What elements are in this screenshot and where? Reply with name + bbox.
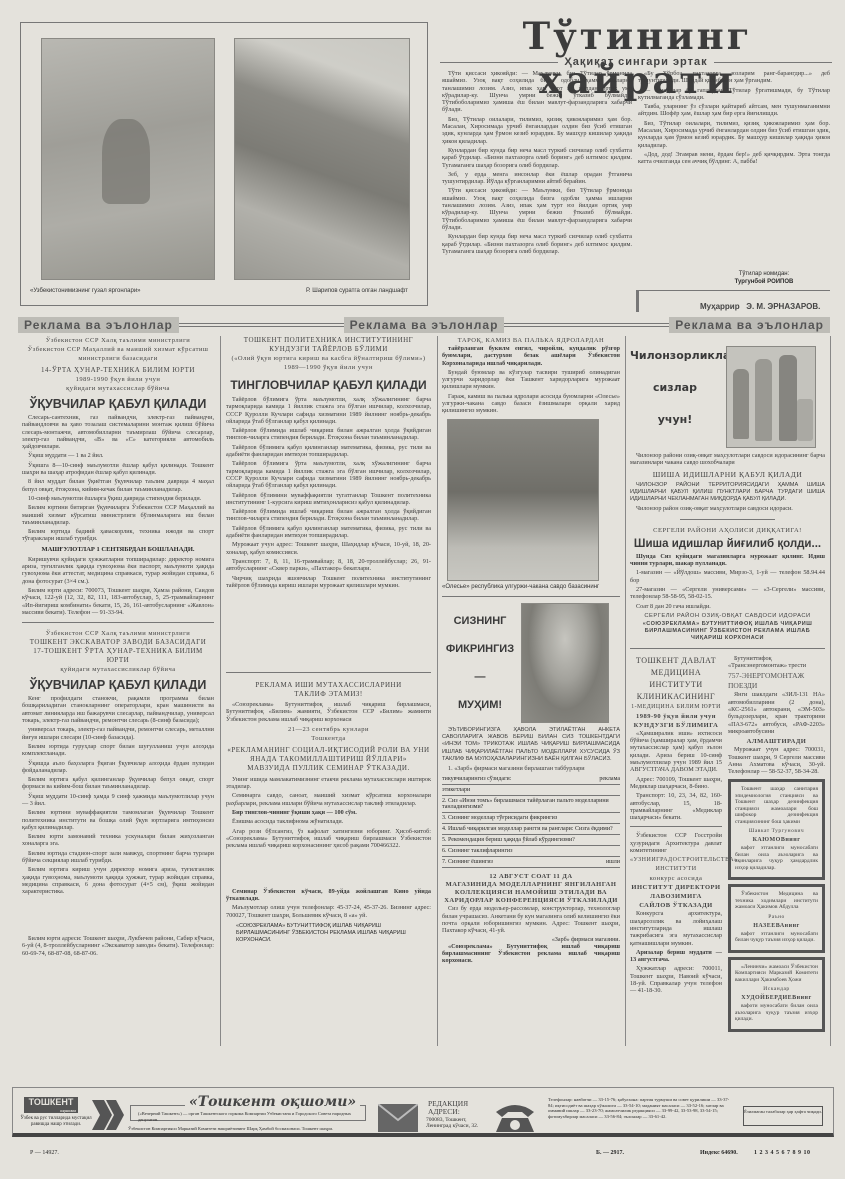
editor-name: Э. М. ЭРНАЗАРОВ. xyxy=(746,302,820,311)
ad-paragraph: Киришувчи қуйидаги ҳужжатларни топширади… xyxy=(22,556,214,585)
index-number: Индекс 64690. xyxy=(700,1150,738,1156)
paper-title: «Тошкент оқшоми» xyxy=(185,1094,360,1110)
ad-paragraph: Тайёрлов бўлимига ўрта маълумотли, халқ … xyxy=(226,396,431,425)
ad-paragraph: Мурожаат учун адрес: Тошкент шаҳри, Шаҳи… xyxy=(226,541,431,556)
condolence-person: Шавкат Тургунович xyxy=(735,827,818,836)
ad-paragraph: Билим юртини муваффақиятли тамомлаган ўқ… xyxy=(22,809,214,831)
dept-name: КУНДУЗГИ ТАЙЁРЛОВ БЎЛИМИ xyxy=(226,345,431,354)
signoff-label: Тўтилар номидан: xyxy=(700,270,828,278)
column-divider xyxy=(437,336,438,1046)
survey-row[interactable]: 4. Ишлаб чиқарилган моделлар рангги ва р… xyxy=(442,824,620,835)
condolence-box: Ўзбекистон Медицина ва техника ходимлари… xyxy=(728,884,825,953)
feature-paragraph: Зеб, у ерда менга инсонлар ёки ёшлар ора… xyxy=(442,171,632,186)
condolence-box: Тошкент шаҳар санитария эпидемиология ст… xyxy=(728,779,825,880)
ad-paragraph: Билим юртида стадион-спорт зали мавжуд, … xyxy=(22,850,214,865)
column-divider xyxy=(220,336,221,1046)
section-label-right: Реклама ва эълонлар xyxy=(669,317,830,333)
opinion-headline: СИЗНИНГ ФИКРИНГИЗ — МУҲИМ! xyxy=(442,607,518,719)
medical-line: МЕДИЦИНА xyxy=(630,667,722,679)
ad-divider xyxy=(680,519,775,520)
medical-ad: ТОШКЕНТ ДАВЛАТ МЕДИЦИНА ИНСТИТУТИ КЛИНИК… xyxy=(630,655,722,822)
sergeli-headline: Шиша идишлар йиғилиб қолди... xyxy=(630,538,825,550)
ad-paragraph: Семинар Ўзбекистон кўчаси, 89-уйда жойла… xyxy=(226,888,431,903)
paper-desc: («Вечерний Ташкент») — орган Ташкентског… xyxy=(138,1111,362,1122)
ad-14-school: Ўзбекистон ССР Халқ таълими министрлиги … xyxy=(22,336,214,616)
editorial-label: РЕДАКЦИЯ АДРЕСИ: xyxy=(428,1100,484,1116)
combs-heading: ТАРОҚ, КАМИЗ ВА ПАЛЬКА ЯДРОЛАРДАН xyxy=(442,336,620,345)
survey-question: этикетлари xyxy=(442,787,470,793)
feature-paragraph: — Бошқалар бу гаплардан Тўтилар ўргатишм… xyxy=(638,87,830,102)
condolence-person: Раъно xyxy=(735,913,818,922)
trust-action: АЛМАШТИРАДИ xyxy=(728,737,825,746)
headline-line: Чилонзорликлар, xyxy=(630,340,720,372)
ad-divider xyxy=(630,826,722,827)
ad-paragraph: «Ҳамширалик иши» ихтисоси бўйича (ҳамшир… xyxy=(630,730,722,774)
ad-17-school: Ўзбекистон ССР Халқ таълими министрлиги … xyxy=(22,629,214,957)
bottle-shape xyxy=(733,369,749,439)
ad-paragraph: Бутуниттифоқ «Трансэнергомонтаж» трести xyxy=(728,655,825,670)
ad-paragraph: 10-синф маълумотли ёшларга ўқиш даврида … xyxy=(22,495,214,502)
medical-transport: Транспорт: 10, 23, 34, 82, 160-автобусла… xyxy=(630,792,722,821)
base-line: ТОШКЕНТ ЭКСКАВАТОР ЗАВОДИ БАЗАСИДАГИ xyxy=(22,638,214,647)
figure-silhouette xyxy=(102,119,150,204)
editor-label: Муҳаррир xyxy=(700,302,740,311)
ad-paragraph: вафот этганлиги муносабати билан чуқур т… xyxy=(735,931,818,944)
event-title: МАГАЗИНИДА МОДЕЛЛАРНИНГ ЯНГИЛАНГАН КОЛЛЕ… xyxy=(442,881,620,905)
ad-paragraph: вафоти муносабати билан оила аъзоларига … xyxy=(735,1003,818,1023)
ad-paragraph: Чилонзор район озиқ-овқат маҳсулотлари с… xyxy=(630,505,825,512)
sergeli-sig2: «СОЮЗРЕКЛАМА» БУТУНИТТИФОҚ ИШЛАБ ЧИҚАРИШ… xyxy=(630,621,825,642)
survey-form: тикувчиларингиз сўзидаги:реклама этикетл… xyxy=(442,774,620,868)
ad-paragraph: Билим юртида гуруҳлар спорт билан шуғулл… xyxy=(22,743,214,758)
ad-paragraph: Конкурсга архитектура, шаҳарсозлик ва ло… xyxy=(630,910,722,946)
ad-divider xyxy=(442,596,620,597)
arch-competition: конкурс асосида xyxy=(630,874,722,883)
survey-row[interactable]: этикетлари xyxy=(442,785,620,796)
photo-right-caption: Р. Шарипов суратга олган ландшафт xyxy=(306,288,408,294)
photo-shoppers xyxy=(447,419,599,581)
headline-line: МУҲИМ! xyxy=(442,691,518,719)
envelope-icon xyxy=(378,1104,418,1132)
headline-line: ФИКРИНГИЗ — xyxy=(442,635,518,691)
survey-answer: реклама xyxy=(599,776,620,782)
ad-paragraph: Кенг профилдаги станокчи, рақамли програ… xyxy=(22,695,214,724)
medical-line: ИНСТИТУТИ xyxy=(630,679,722,691)
arch-body: Конкурсга архитектура, шаҳарсозлик ва ло… xyxy=(630,910,722,946)
issue-number: Б. — 2917. xyxy=(596,1150,624,1156)
ad-paragraph: Билим юрти замонавий техника ускуналари … xyxy=(22,833,214,848)
ad-seminar: РЕКЛАМА ИШИ МУТАХАССИСЛАРИНИ ТАКЛИФ ЭТАМ… xyxy=(226,681,431,944)
ad-paragraph: Ўқишга 8—10-синф маълумотли ёшлар қабул … xyxy=(22,462,214,477)
paper-logo: ТОШКЕНТ оқшоми xyxy=(24,1097,78,1113)
ad-paragraph: универсал токарь, электр-газ пайвандчи, … xyxy=(22,726,214,741)
seminar-format: МАВЗУИДА ПУЛЛИК СЕМИНАР ЎТКАЗАДИ. xyxy=(226,764,431,773)
ad-paragraph: Ҳужжатлар адреси: 700011, Тошкент шаҳри,… xyxy=(630,965,722,994)
section-label-left: Реклама ва эълонлар xyxy=(18,317,179,333)
seminar-line1: РЕКЛАМА ИШИ МУТАХАССИСЛАРИНИ xyxy=(226,681,431,690)
section-bar: Реклама ва эълонлар Реклама ва эълонлар … xyxy=(18,316,830,334)
notice-box[interactable]: Ёзилмаган талабалар ҳар ҳафта чиқади. xyxy=(743,1106,823,1126)
school-address: Билим юрти адреси: 700073, Тошкент шаҳри… xyxy=(22,587,214,616)
survey-row[interactable]: 3. Сизнинг моделлар тўғрисидаги фикринги… xyxy=(442,813,620,824)
feature-paragraph: Кунлардан бир кунда бир неча масл туркиб… xyxy=(442,147,632,169)
ad-paragraph: Семинарга савдо, саноат, маиший хизмат к… xyxy=(226,792,431,807)
photo-girls-in-hills xyxy=(41,38,215,280)
seminar-dates: 21—23 сентябрь кунлари xyxy=(226,725,431,734)
ad-paragraph: Слесарь-сантехник, газ пайвандчи, электр… xyxy=(22,414,214,450)
ad-paragraph: Ўқиш муддати — 1 ва 2 йил. xyxy=(22,452,214,459)
ad-paragraph: ЧИЛОНЗОР РАЙОНИ ТЕРРИТОРИЯСИДАГИ ҲАММА Ш… xyxy=(630,482,825,504)
survey-question: 3. Сизнинг моделлар тўғрисидаги фикринги… xyxy=(442,815,557,821)
academic-year: 1989-1990 ўқув йили учун xyxy=(22,375,214,384)
school-name: 17-ТОШКЕНТ ЎРТА ҲУНАР-ТЕХНИКА БИЛИМ ЮРТИ xyxy=(22,647,214,665)
subtitle-rule-right xyxy=(714,62,832,63)
academic-year: 1989—1990 ўқув йили учун xyxy=(226,363,431,372)
section-rule xyxy=(179,323,344,327)
survey-question: 7. Сизнинг ёшингиз xyxy=(442,859,493,865)
feature-subtitle-bar: Ҳақиқат сингари эртак xyxy=(440,56,832,68)
headline-line: СИЗНИНГ xyxy=(442,607,518,635)
feature-paragraph: «Бу Ҳўрбоз, пахтазорга, юзларим ранг-бар… xyxy=(638,70,830,85)
seminar-city: Тошкентда xyxy=(226,734,431,743)
logo-sub: оқшоми xyxy=(24,1108,78,1113)
feature-body-col2: «Бу Ҳўрбоз, пахтазорга, юзларим ранг-бар… xyxy=(638,70,830,268)
ad-paragraph: Янги шаклдаги «ЗИЛ-131 НА» автомобиллари… xyxy=(728,691,825,735)
ad-paragraph: Шунда Сиз қуйидаги магазинларга мурожаат… xyxy=(630,553,825,568)
ad-paragraph: Унинг ишида мамлакатимизнинг етакчи рекл… xyxy=(226,776,431,791)
school-address: Билим юрти адреси: Тошкент шаҳри, Лукбич… xyxy=(22,935,214,957)
feature-paragraph: Кунлардан бир кунда бир неча масл туркиб… xyxy=(442,233,632,255)
col4-right: Бутуниттифоқ «Трансэнергомонтаж» трести … xyxy=(728,655,825,1032)
condolence-text: Тошкент шаҳар санитария эпидемиология ст… xyxy=(735,786,818,825)
ad-headline: ЎҚУВЧИЛАР ҚАБУЛ ҚИЛАДИ xyxy=(22,678,214,692)
specialties-line: қуйидаги мутахассислар бўйича xyxy=(22,384,214,393)
survey-question: 5. Рекомендация бериш ҳақида ўйлаб кўрди… xyxy=(442,837,575,843)
event-body: Сиз бу ерда модельер-рассомлар, конструк… xyxy=(442,905,620,934)
order-number: Р — 14927. xyxy=(30,1150,59,1156)
ad-paragraph: тайёрланган букилм енгил, чиройли, кунда… xyxy=(442,345,620,367)
ad-paragraph: Билим юртига кириш учун директор номига … xyxy=(22,866,214,895)
condolence-outro: вафот этганлиги муносабати билан чуқур т… xyxy=(735,931,818,944)
ad-paragraph: Билим юрти адреси: 700073, Тошкент шаҳри… xyxy=(22,587,214,616)
bottle-shape xyxy=(779,355,797,441)
seminar-line2: ТАКЛИФ ЭТАМИЗ! xyxy=(226,690,431,699)
column-divider xyxy=(830,336,831,1046)
photo-left-caption: «Узбекистонимизнинг гузал яргонлари» xyxy=(30,288,141,294)
bottles-headline: Чилонзорликлар, сизлар учун! xyxy=(630,340,720,436)
ad-paragraph: Ўқиш муддати 10-синф ҳамда 9 синф ҳажмид… xyxy=(22,793,214,808)
institute-name: ТОШКЕНТ ПОЛИТЕХНИКА ИНСТИТУТИНИНГ xyxy=(226,336,431,345)
ad-paragraph: Маълумотлар олиш учун телефонлар: 45-37-… xyxy=(226,904,431,919)
ad-paragraph: 1. «Зарб» фирмаси магазини бирлашган таб… xyxy=(442,765,620,772)
condolence-text: «Ленинчи» жамоаси Ўзбекистон Компартияси… xyxy=(735,964,818,984)
survey-answer: ишли xyxy=(606,859,620,865)
sergeli-body: Шунда Сиз қуйидаги магазинларга мурожаат… xyxy=(630,553,825,610)
ad-paragraph: «Ленинчи» жамоаси Ўзбекистон Компартияси… xyxy=(735,964,818,984)
arch-deadline: Аризалар бериш муддати — 13 августгача. xyxy=(630,949,722,964)
condolence-surname: НАЗЕЕВАнинг xyxy=(735,922,818,931)
ministry-line: Ўзбекистон ССР Халқ таълими министрлиги xyxy=(22,629,214,638)
ad-paragraph: 27-магазин — «Сергели универсами» — «3-С… xyxy=(630,586,825,601)
ad-paragraph: Соат 8 дан 20 гача ишлайди. xyxy=(630,603,825,610)
sergeli-sig1: СЕРГЕЛИ РАЙОН ОЗИҚ-ОВҚАТ САВДОСИ ИДОРАСИ xyxy=(630,612,825,621)
school-name: 14-ЎРТА ҲУНАР-ТЕХНИКА БИЛИМ ЮРТИ xyxy=(22,366,214,375)
ad-polytechnic: ТОШКЕНТ ПОЛИТЕХНИКА ИНСТИТУТИНИНГ КУНДУЗ… xyxy=(226,336,431,664)
ad-paragraph: Агар рози бўлсангиз, ўз кафолат хатингиз… xyxy=(226,828,431,850)
phone-directory: Телефонлар: навбатчи — 33-15-76; қабулхо… xyxy=(548,1097,734,1119)
col4-split: ТОШКЕНТ ДАВЛАТ МЕДИЦИНА ИНСТИТУТИ КЛИНИК… xyxy=(630,655,825,1032)
jar-shape xyxy=(797,399,813,441)
arch-institute: «УЗНИИГРАДОСТРОИТЕЛЬСТВА» ИНСТИТУТИ xyxy=(630,856,722,874)
ad-paragraph: Мурожаат учун адрес: 700031, Тошкент шаҳ… xyxy=(728,746,825,775)
ad-paragraph: Тайёрлов бўлимига қабул қилинганлар мате… xyxy=(226,525,431,540)
feature-paragraph: Биз, Тўтилар оилалари, тилимиз, қизиқ ҳи… xyxy=(442,116,632,145)
trust-body: Янги шаклдаги «ЗИЛ-131 НА» автомобиллари… xyxy=(728,691,825,735)
survey-row[interactable]: 6. Сизнинг таклифларингиз xyxy=(442,846,620,857)
shoppers-caption: «Олесье» республика улгуржи-чакана савдо… xyxy=(442,584,620,590)
subtitle-rule-left xyxy=(440,62,558,63)
survey-question: 6. Сизнинг таклифларингиз xyxy=(442,848,513,854)
ad-paragraph: Ёзишма асосида таклифнома жўнатилади. xyxy=(226,818,431,825)
condolence-box: «Ленинчи» жамоаси Ўзбекистон Компартияси… xyxy=(728,957,825,1032)
trust-address: Мурожаат учун адрес: 700031, Тошкент шаҳ… xyxy=(728,746,825,775)
logo-tagline: Ўзбек ва рус тилларида мустақил равишда … xyxy=(18,1116,94,1128)
ad-body: Кенг профилдаги станокчи, рақамли програ… xyxy=(22,695,214,935)
survey-question: тикувчиларингиз сўзидаги: xyxy=(442,776,511,782)
ad-paragraph: Сиз бу ерда модельер-рассомлар, конструк… xyxy=(442,905,620,934)
medical-school: 1-МЕДИЦИНА БИЛИМ ЮРТИ xyxy=(630,703,722,712)
ad-paragraph: Тайёрлов бўлимини муваффақиятли тугатган… xyxy=(226,492,431,507)
column-3: ТАРОҚ, КАМИЗ ВА ПАЛЬКА ЯДРОЛАРДАН тайёрл… xyxy=(442,336,620,967)
opinion-sub-intro: 1. «Зарб» фирмаси магазини бирлашган таб… xyxy=(442,765,620,772)
ad-paragraph: Билим юртини битирган ўқувчиларга Ўзбеки… xyxy=(22,504,214,526)
trust-ad: Бутуниттифоқ «Трансэнергомонтаж» трести … xyxy=(728,655,825,776)
bottles-title: ШИША ИДИШЛАРНИ ҚАБУЛ ҚИЛАДИ xyxy=(648,470,807,479)
ad-paragraph: Билим юрти адреси: Тошкент шаҳри, Лукбич… xyxy=(22,935,214,957)
combs-body: тайёрланган букилм енгил, чиройли, кунда… xyxy=(442,345,620,415)
ad-paragraph: Бир тинглов-чининг ўқиши ҳақи — 100 сўм. xyxy=(226,809,431,816)
ad-divider xyxy=(22,622,214,623)
photo-mountain-river xyxy=(234,38,410,280)
headline-line: сизлар xyxy=(630,372,720,404)
ad-divider xyxy=(630,648,825,649)
condolence-outro: вафоти муносабати билан оила аъзоларига … xyxy=(735,1003,818,1023)
ad-paragraph: Адрес: 700109, Тошкент шаҳри, Медиклар ш… xyxy=(630,776,722,791)
architecture-ad: Ўзбекистон ССР Госстройи ҳузуридаги Архи… xyxy=(630,832,722,994)
ad-paragraph: Тайёрлов бўлимига ўрта маълумотли, халқ … xyxy=(226,460,431,489)
ad-paragraph: Тошкент шаҳар санитария эпидемиология ст… xyxy=(735,786,818,825)
feature-body-col1: Тўти қиссаси ҳикояйди: — Маълумки, биз Т… xyxy=(442,70,632,308)
ministry-line: Ўзбекистон ССР Маҳаллий ва маиший хизмат… xyxy=(22,345,214,363)
ad-headline: ТИНГЛОВЧИЛАР ҚАБУЛ ҚИЛАДИ xyxy=(226,378,431,392)
ad-paragraph: вафот этганлиги муносабати билан оила аъ… xyxy=(735,845,818,871)
trust-name: 757-ЭНЕРГОМОНТАЖ ПОЕЗДИ xyxy=(728,671,825,691)
survey-row[interactable]: тикувчиларингиз сўзидаги:реклама xyxy=(442,774,620,785)
ad-body: Слесарь-сантехник, газ пайвандчи, электр… xyxy=(22,414,214,543)
column-divider xyxy=(625,336,626,1046)
page-sequence: 1 2 3 4 5 6 7 8 9 10 xyxy=(754,1150,811,1156)
medical-dept: КУНДУЗГИ БЎЛИМИГА xyxy=(630,721,722,730)
ad-paragraph: 1-магазин — «Йўлдош» массиви, Мирзо-3, 1… xyxy=(630,569,825,584)
bottles-intro: Чилонзор райони озиқ-овқат маҳсулотлари … xyxy=(630,452,825,467)
bottles-ad: Чилонзорликлар, сизлар учун! xyxy=(630,336,825,436)
medical-address: Адрес: 700109, Тошкент шаҳри, Медиклар ш… xyxy=(630,776,722,791)
specialties-line: қуйидаги мутахассисликлар бўйича xyxy=(22,665,214,674)
headline-line: учун! xyxy=(630,404,720,436)
seminar-topic: «РЕКЛАМАНИНГ СОЦИАЛ-ИҚТИСОДИЙ РОЛИ ВА УН… xyxy=(226,746,431,764)
bottle-shape xyxy=(755,359,772,441)
seminar-phones: Маълумотлар олиш учун телефонлар: 45-37-… xyxy=(226,904,431,919)
notice-text: Ёзилмаган талабалар ҳар ҳафта чиқади. xyxy=(744,1109,822,1114)
col4-left: ТОШКЕНТ ДАВЛАТ МЕДИЦИНА ИНСТИТУТИ КЛИНИК… xyxy=(630,655,722,1032)
opinion-ad: СИЗНИНГ ФИКРИНГИЗ — МУҲИМ! xyxy=(442,603,620,703)
event-time: 12 АВГУСТ СОАТ 11 ДА xyxy=(442,872,620,881)
ad-paragraph: Чирчиқ шаҳрида яшовчилар Тошкент политех… xyxy=(226,575,431,590)
bottles-body: ЧИЛОНЗОР РАЙОНИ ТЕРРИТОРИЯСИДАГИ ҲАММА Ш… xyxy=(630,482,825,504)
ad-paragraph: Аризалар бериш муддати — 13 августгача. xyxy=(630,949,722,964)
telephone-icon xyxy=(494,1102,536,1132)
feature-paragraph: «Дод, дод! Эгамрав мени, ёрдам бер!» деб… xyxy=(638,151,830,166)
medical-year: 1989-90 ўқув йили учун xyxy=(630,712,722,721)
medical-line: ТОШКЕНТ ДАВЛАТ xyxy=(630,655,722,667)
ad-headline: ЎҚУВЧИЛАР ҚАБУЛ ҚИЛАДИ xyxy=(22,397,214,411)
ad-paragraph: Тайёрлов бўлимига қабул қилинганлар мате… xyxy=(226,444,431,459)
photo-woman-portrait xyxy=(521,603,609,723)
column-4: Чилонзорликлар, сизлар учун! Чилонзор ра… xyxy=(630,336,825,1032)
survey-row[interactable]: 5. Рекомендация бериш ҳақида ўйлаб кўрди… xyxy=(442,835,620,846)
opinion-intro: ЭЪТИБОРИНГИЗГА ҲАВОЛА ЭТИЛАЁТГАН АНКЕТА … xyxy=(442,727,620,763)
feature-paragraph: Тавба, уларнинг ўз сўзлари қайтариб айтс… xyxy=(638,103,830,118)
ad-paragraph: Ўзбекистон ССР Госстройи ҳузуридаги Архи… xyxy=(630,832,722,854)
survey-row[interactable]: 2. Сиз «Инэи томъ» бирлашмаси тайёрлаган… xyxy=(442,796,620,813)
start-notice: МАШҒУЛОТЛАР 1 СЕНТЯБРДАН БОШЛАНАДИ. xyxy=(22,546,214,553)
ad-paragraph: Билим юртида бадиий ҳаваскорлик, техника… xyxy=(22,528,214,543)
condolence-text: Ўзбекистон Медицина ва техника ходимлари… xyxy=(735,891,818,911)
arch-org: Ўзбекистон ССР Госстройи ҳузуридаги Архи… xyxy=(630,832,722,854)
seminar-venue: Семинар Ўзбекистон кўчаси, 89-уйда жойла… xyxy=(226,888,431,903)
condolence-person: Искандар xyxy=(735,985,818,994)
editorial-address: 700083, Тошкент, Ленинград кўчаси, 32. xyxy=(426,1117,484,1129)
sergeli-attention: СЕРГЕЛИ РАЙОНИ АҲОЛИСИ ДИҚҚАТИГА! xyxy=(630,526,825,535)
section-rule xyxy=(504,323,669,327)
bottles-signature: Чилонзор район озиқ-овқат маҳсулотлари с… xyxy=(630,505,825,512)
required-docs: Киришувчи қуйидаги ҳужжатларни топширади… xyxy=(22,556,214,585)
seminar-body: Унинг ишида мамлакатимизнинг етакчи рекл… xyxy=(226,776,431,888)
trust-org: Бутуниттифоқ «Трансэнергомонтаж» трести xyxy=(728,655,825,670)
feature-paragraph: Биз, Тўтилар оилалари, тилимиз, қизиқ ҳи… xyxy=(638,120,830,149)
arch-address: Ҳужжатлар адреси: 700011, Тошкент шаҳри,… xyxy=(630,965,722,994)
photo-glass-bottles xyxy=(726,346,816,448)
feature-paragraph: Тўти қиссаси ҳикояйди: — Маълумки, биз Т… xyxy=(442,187,632,231)
ad-paragraph: Гараж, камиш ва палька ядролари асосида … xyxy=(442,393,620,415)
section-label-center: Реклама ва эълонлар xyxy=(344,317,505,333)
feature-subtitle: Ҳақиқат сингари эртак xyxy=(564,56,707,68)
medical-body: «Ҳамширалик иши» ихтисоси бўйича (ҳамшир… xyxy=(630,730,722,774)
editor-credit: Муҳаррир Э. М. ЭРНАЗАРОВ. xyxy=(700,302,820,311)
feature-signoff: Тўтилар номидан: Тургунбой РОИПОВ xyxy=(700,270,828,286)
survey-question: 2. Сиз «Инэи томъ» бирлашмаси тайёрлаган… xyxy=(442,798,620,810)
ad-paragraph: Билим юртига қабул қилинганлар ўқувчилар… xyxy=(22,776,214,791)
publisher-info: Ўзбекистон Компартияси Марказий Комитети… xyxy=(128,1126,358,1132)
ad-paragraph: «Союзреклама» Бутуниттифоқ ишлаб чиқариш… xyxy=(226,701,431,723)
ministry-line: Ўзбекистон ССР Халқ таълими министрлиги xyxy=(22,336,214,345)
chevrons-icon xyxy=(92,1100,126,1130)
dept-note: («Олий ўқув юртига кириш ва касбга йўнал… xyxy=(226,354,431,363)
logo-word: ТОШКЕНТ xyxy=(29,1097,74,1107)
opinion-signature: «Союзреклама» Бутуниттифоқ ишлаб чиқариш… xyxy=(442,943,620,965)
ad-paragraph: Ўзбекистон Медицина ва техника ходимлари… xyxy=(735,891,818,911)
ad-paragraph: Чилонзор райони озиқ-овқат маҳсулотлари … xyxy=(630,452,825,467)
ad-paragraph: ЭЪТИБОРИНГИЗГА ҲАВОЛА ЭТИЛАЁТГАН АНКЕТА … xyxy=(442,727,620,763)
ad-paragraph: Транспорт: 7, 8, 11, 16-трамвайлар; 8, 1… xyxy=(226,558,431,573)
ad-paragraph: Тайёрлов бўлимида ишлаб чиқариш билан аж… xyxy=(226,508,431,523)
ad-paragraph: Ўқишда аъло баҳоларга ўқиган ўқувчилар а… xyxy=(22,760,214,775)
condolence-outro: вафот этганлиги муносабати билан оила аъ… xyxy=(735,845,818,871)
feature-paragraph: Тўти қиссаси ҳикояйди: — Маълумки, биз Т… xyxy=(442,70,632,114)
ad-paragraph: «Союзреклама» Бутуниттифоқ ишлаб чиқариш… xyxy=(442,943,620,965)
ad-paragraph: Бундай буюмлар ва кўзгулар тасвири тушир… xyxy=(442,369,620,391)
seminar-intro: «Союзреклама» Бутуниттифоқ ишлаб чиқариш… xyxy=(226,701,431,723)
arch-action: САЙЛОВ ЎТКАЗАДИ xyxy=(630,901,722,910)
ad-body: Тайёрлов бўлимига ўрта маълумотли, халқ … xyxy=(226,396,431,664)
survey-question: 4. Ишлаб чиқарилган моделлар рангги ва р… xyxy=(442,826,613,832)
column-2: ТОШКЕНТ ПОЛИТЕХНИКА ИНСТИТУТИНИНГ КУНДУЗ… xyxy=(226,336,431,944)
survey-row[interactable]: 7. Сизнинг ёшингизишли xyxy=(442,857,620,868)
ad-divider xyxy=(226,672,431,673)
column-1: Ўзбекистон ССР Халқ таълими министрлиги … xyxy=(22,336,214,959)
ad-paragraph: 8 йил муддат билан ўқиётган ўқувчилар та… xyxy=(22,478,214,493)
arch-position: ИНСТИТУТ ДИРЕКТОРИ ЛАВОЗИМИГА xyxy=(630,883,722,901)
ad-paragraph: Транспорт: 10, 23, 34, 82, 160-автобусла… xyxy=(630,792,722,821)
medical-line: КЛИНИКАСИНИНГ xyxy=(630,691,722,703)
signoff-name: Тургунбой РОИПОВ xyxy=(700,278,828,286)
ad-paragraph: Тайёрлов бўлимида ишлаб чиқариш билан аж… xyxy=(226,427,431,442)
seminar-signature: «СОЮЗРЕКЛАМА» БУТУНИТТИФОҚ ИШЛАБ ЧИҚАРИШ… xyxy=(226,923,431,944)
